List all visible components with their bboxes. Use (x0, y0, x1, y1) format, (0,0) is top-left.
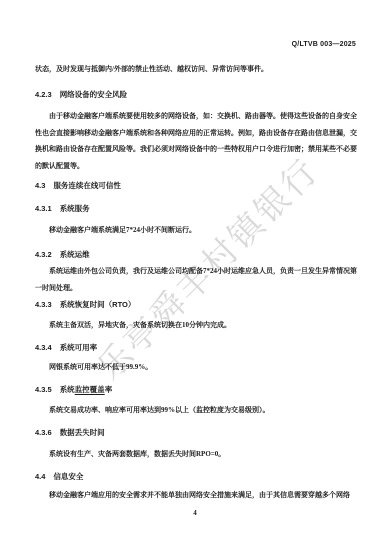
heading-title: 系统恢复时间（RTO） (60, 300, 136, 309)
heading-4-3-1: 4.3.1系统服务 (35, 204, 357, 213)
heading-title: 系统服务 (60, 204, 90, 213)
heading-title-suffix: 率 (105, 385, 113, 394)
heading-number: 4.3.6 (35, 428, 52, 437)
heading-number: 4.3.5 (35, 385, 52, 394)
paragraph-rto: 系统主备双活，异地灾备，灾备系统切换在10分钟内完成。 (35, 317, 357, 334)
heading-4-4: 4.4信息安全 (35, 472, 357, 481)
heading-title-underlined: 监控覆盖 (75, 385, 105, 394)
paragraph-system-service: 移动金融客户端系统满足7*24小时不间断运行。 (35, 222, 357, 239)
heading-number: 4.4 (35, 472, 45, 481)
heading-title: 数据丢失时间 (60, 428, 105, 437)
heading-title: 系统运维 (60, 250, 90, 259)
heading-4-3: 4.3服务连续在线可信性 (35, 181, 357, 190)
paragraph-monitoring-coverage: 系统交易成功率、响应率可用率达到99%以上（监控粒度为交易级别）。 (35, 402, 357, 419)
heading-number: 4.3.4 (35, 343, 52, 352)
heading-4-2-3: 4.2.3网络设备的安全风险 (35, 90, 357, 99)
heading-number: 4.3.3 (35, 300, 52, 309)
document-page: 乐亭舜丰村镇银行 Q/LTVB 003—2025 状态，及时发现与抵御内/外部的… (0, 0, 390, 554)
heading-4-3-2: 4.3.2系统运维 (35, 250, 357, 259)
heading-title: 服务连续在线可信性 (53, 181, 121, 190)
heading-title-prefix: 系统 (60, 385, 75, 394)
paragraph-rpo: 系统设有生产、灾备两套数据库，数据丢失时间RPO=0。 (35, 446, 357, 463)
page-number: 4 (0, 509, 390, 517)
paragraph-info-security: 移动金融客户端应用的安全需求并不能单独由网络安全措施来满足，由于其信息需要穿越多… (35, 487, 357, 504)
paragraph-system-ops: 系统运维由外包公司负责，我行及运维公司均配备7*24小时运维应急人员，负责一旦发… (35, 263, 357, 296)
standard-code-header: Q/LTVB 003—2025 (292, 41, 356, 48)
heading-4-3-5: 4.3.5系统监控覆盖率 (35, 385, 357, 394)
heading-4-3-3: 4.3.3系统恢复时间（RTO） (35, 300, 357, 309)
heading-title: 信息安全 (53, 472, 83, 481)
heading-number: 4.3.2 (35, 250, 52, 259)
continuation-paragraph: 状态，及时发现与抵御内/外部的禁止性活动、越权访问、异常访问等事件。 (35, 61, 357, 78)
heading-4-3-6: 4.3.6数据丢失时间 (35, 428, 357, 437)
heading-4-3-4: 4.3.4系统可用率 (35, 343, 357, 352)
heading-number: 4.3 (35, 181, 45, 190)
heading-number: 4.3.1 (35, 204, 52, 213)
paragraph-network-device-risk: 由于移动金融客户端系统要使用较多的网络设备，如：交换机、路由器等。使得这些设备的… (35, 108, 357, 174)
heading-title: 系统可用率 (60, 343, 98, 352)
paragraph-availability: 网银系统可用率达不低于99.9%。 (35, 359, 357, 376)
heading-title: 网络设备的安全风险 (60, 90, 128, 99)
heading-number: 4.2.3 (35, 90, 52, 99)
